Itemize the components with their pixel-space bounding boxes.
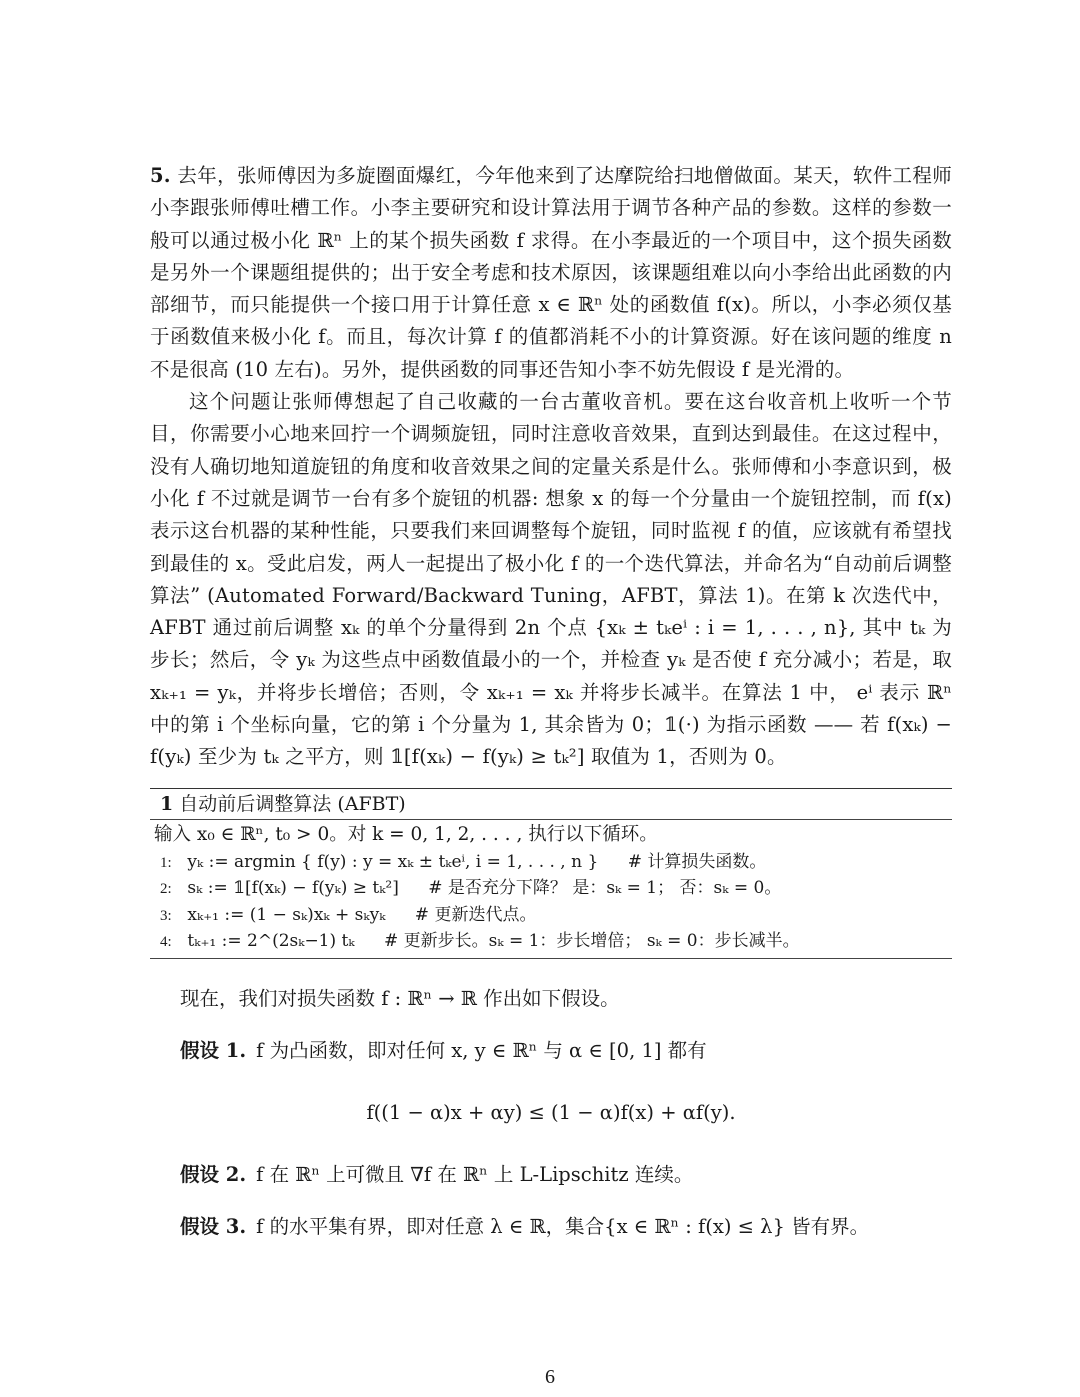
assumption-label: 假设 2. [180, 1163, 246, 1186]
question-paragraph-1: 5. 去年，张师傅因为多旋圈面爆红，今年他来到了达摩院给扫地僧做面。某天，软件工… [150, 160, 952, 386]
algorithm-number: 1 [160, 793, 173, 815]
step-formula: tₖ₊₁ := 2^(2sₖ−1) tₖ [187, 931, 354, 951]
assumption-2: 假设 2.f 在 ℝⁿ 上可微且 ∇f 在 ℝⁿ 上 L-Lipschitz 连… [150, 1159, 952, 1191]
algorithm-bottom-rule [150, 958, 952, 959]
algorithm-input: 输入 x₀ ∈ ℝⁿ, t₀ > 0。对 k = 0, 1, 2, . . . … [150, 820, 952, 850]
algorithm-step: 1: yₖ := argmin { f(y) : y = xₖ ± tₖeⁱ, … [150, 850, 952, 877]
assumption-3: 假设 3.f 的水平集有界，即对任意 λ ∈ ℝ，集合{x ∈ ℝⁿ : f(x… [150, 1211, 952, 1243]
document-page: 5. 去年，张师傅因为多旋圈面爆红，今年他来到了达摩院给扫地僧做面。某天，软件工… [150, 160, 952, 1243]
assumption-label: 假设 1. [180, 1039, 246, 1062]
step-line-number: 4: [160, 930, 182, 956]
assumption-text: f 为凸函数，即对任何 x, y ∈ ℝⁿ 与 α ∈ [0, 1] 都有 [256, 1039, 707, 1062]
algorithm-title: 1 自动前后调整算法 (AFBT) [150, 789, 952, 819]
step-line-number: 3: [160, 904, 182, 930]
step-comment: # 计算损失函数。 [628, 852, 767, 872]
assumption-1: 假设 1.f 为凸函数，即对任何 x, y ∈ ℝⁿ 与 α ∈ [0, 1] … [150, 1035, 952, 1067]
step-line-number: 1: [160, 851, 182, 877]
assumptions-intro: 现在，我们对损失函数 f : ℝⁿ → ℝ 作出如下假设。 [150, 983, 952, 1015]
algorithm-title-text: 自动前后调整算法 (AFBT) [179, 793, 405, 815]
step-line-number: 2: [160, 877, 182, 903]
question-text-1: 去年，张师傅因为多旋圈面爆红，今年他来到了达摩院给扫地僧做面。某天，软件工程师小… [150, 164, 952, 381]
question-paragraph-2: 这个问题让张师傅想起了自己收藏的一台古董收音机。要在这台收音机上收听一个节目，你… [150, 386, 952, 774]
page-number: 6 [0, 1366, 1080, 1389]
step-comment: # 更新迭代点。 [415, 905, 537, 925]
step-formula: yₖ := argmin { f(y) : y = xₖ ± tₖeⁱ, i =… [187, 852, 598, 872]
algorithm-step: 3: xₖ₊₁ := (1 − sₖ)xₖ + sₖyₖ # 更新迭代点。 [150, 903, 952, 930]
assumption-text: f 的水平集有界，即对任意 λ ∈ ℝ，集合{x ∈ ℝⁿ : f(x) ≤ λ… [256, 1215, 869, 1238]
convexity-inequality: f((1 − α)x + αy) ≤ (1 − α)f(x) + αf(y). [150, 1097, 952, 1129]
question-number: 5. [150, 164, 171, 187]
assumption-label: 假设 3. [180, 1215, 246, 1238]
assumption-text: f 在 ℝⁿ 上可微且 ∇f 在 ℝⁿ 上 L-Lipschitz 连续。 [256, 1163, 693, 1186]
step-comment: # 是否充分下降？ 是：sₖ = 1； 否：sₖ = 0。 [428, 878, 781, 898]
algorithm-box: 1 自动前后调整算法 (AFBT) 输入 x₀ ∈ ℝⁿ, t₀ > 0。对 k… [150, 788, 952, 959]
algorithm-step: 4: tₖ₊₁ := 2^(2sₖ−1) tₖ # 更新步长。sₖ = 1：步长… [150, 929, 952, 956]
algorithm-step: 2: sₖ := 𝟙[f(xₖ) − f(yₖ) ≥ tₖ²] # 是否充分下降… [150, 876, 952, 903]
step-formula: xₖ₊₁ := (1 − sₖ)xₖ + sₖyₖ [187, 905, 385, 925]
step-formula: sₖ := 𝟙[f(xₖ) − f(yₖ) ≥ tₖ²] [187, 878, 398, 898]
step-comment: # 更新步长。sₖ = 1：步长增倍； sₖ = 0：步长减半。 [384, 931, 800, 951]
